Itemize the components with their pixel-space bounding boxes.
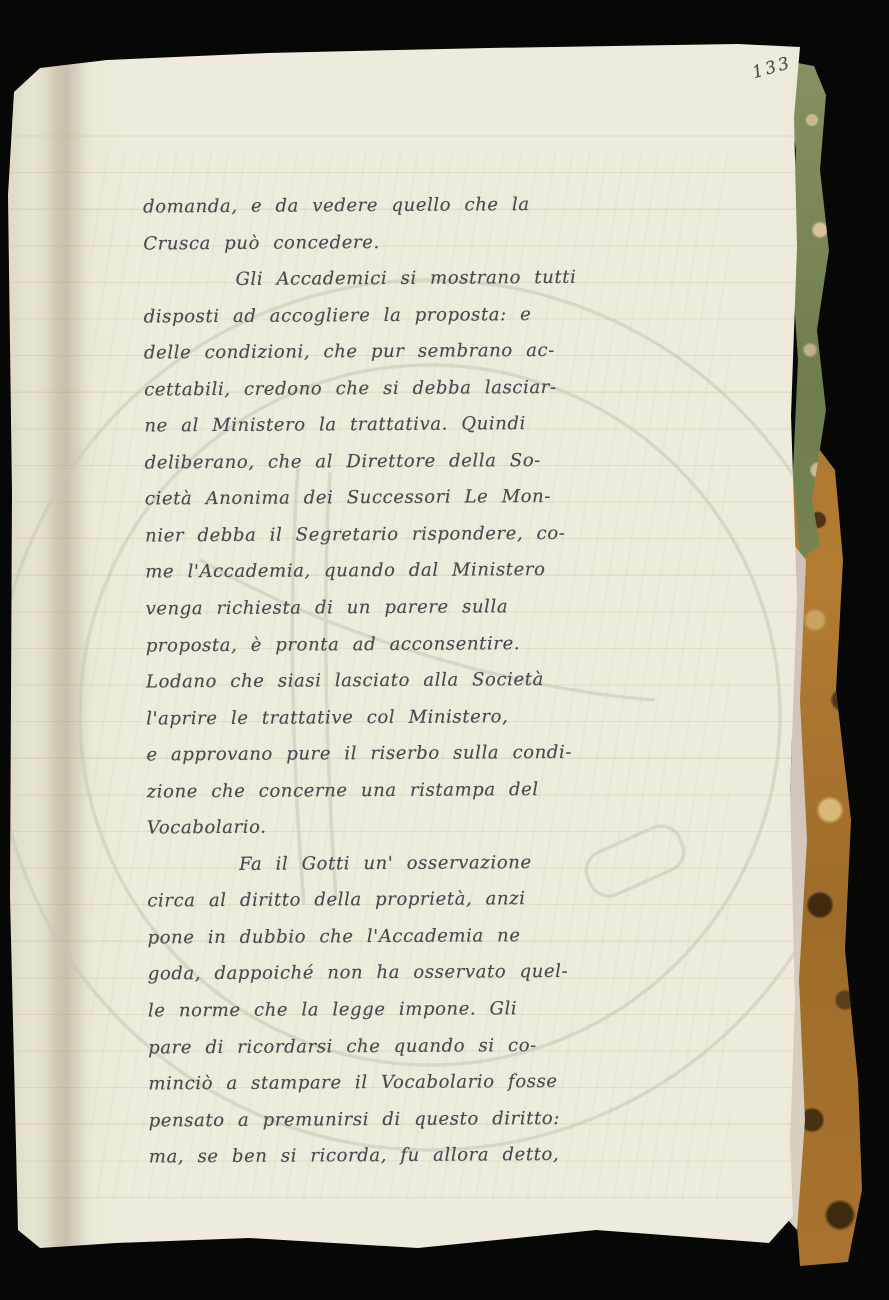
handwriting-line: cettabili, credono che si debba lasciar- [144, 369, 622, 408]
handwriting-line: pare di ricordarsi che quando si co- [148, 1027, 626, 1066]
handwriting-line: ma, se ben si ricorda, fu allora detto, [149, 1137, 627, 1176]
handwriting-line: e approvano pure il riserbo sulla condi- [146, 735, 624, 774]
handwriting-line: proposta, è pronta ad acconsentire. [146, 625, 624, 664]
handwriting-line: nier debba il Segretario rispondere, co- [145, 515, 623, 554]
handwriting-line: goda, dappoiché non ha osservato quel- [148, 954, 626, 993]
handwriting-line: venga richiesta di un parere sulla [145, 589, 623, 628]
handwriting-line: Vocabolario. [147, 808, 625, 847]
handwriting-line: Crusca può concedere. [143, 223, 621, 262]
handwriting-line: le norme che la legge impone. Gli [148, 991, 626, 1030]
handwriting-line: disposti ad accogliere la proposta: e [144, 296, 622, 335]
handwriting-line: delle condizioni, che pur sembrano ac- [144, 333, 622, 372]
handwriting-line: me l'Accademia, quando dal Ministero [145, 552, 623, 591]
manuscript-photo: domanda, e da vedere quello che la Crusc… [0, 0, 889, 1300]
handwriting-line: Lodano che siasi lasciato alla Società [146, 662, 624, 701]
handwriting-line: zione che concerne una ristampa del [147, 771, 625, 810]
handwriting-line: Fa il Gotti un' osservazione [147, 844, 625, 883]
handwriting-line: cietà Anonima dei Successori Le Mon- [145, 479, 623, 518]
handwriting-line: Gli Accademici si mostrano tutti [143, 260, 621, 299]
handwriting-line: deliberano, che al Direttore della So- [145, 442, 623, 481]
handwriting-line: l'aprire le trattative col Ministero, [146, 698, 624, 737]
handwriting-line: domanda, e da vedere quello che la [143, 187, 621, 226]
handwriting-line: pone in dubbio che l'Accademia ne [147, 917, 625, 956]
handwriting-line: minciò a stampare il Vocabolario fosse [148, 1064, 626, 1103]
handwriting-line: ne al Ministero la trattativa. Quindi [144, 406, 622, 445]
handwriting-line: circa al diritto della proprietà, anzi [147, 881, 625, 920]
handwritten-text-block: domanda, e da vedere quello che la Crusc… [143, 187, 627, 1177]
handwriting-line: pensato a premunirsi di questo diritto: [149, 1100, 627, 1139]
manuscript-page: domanda, e da vedere quello che la Crusc… [0, 0, 889, 1300]
